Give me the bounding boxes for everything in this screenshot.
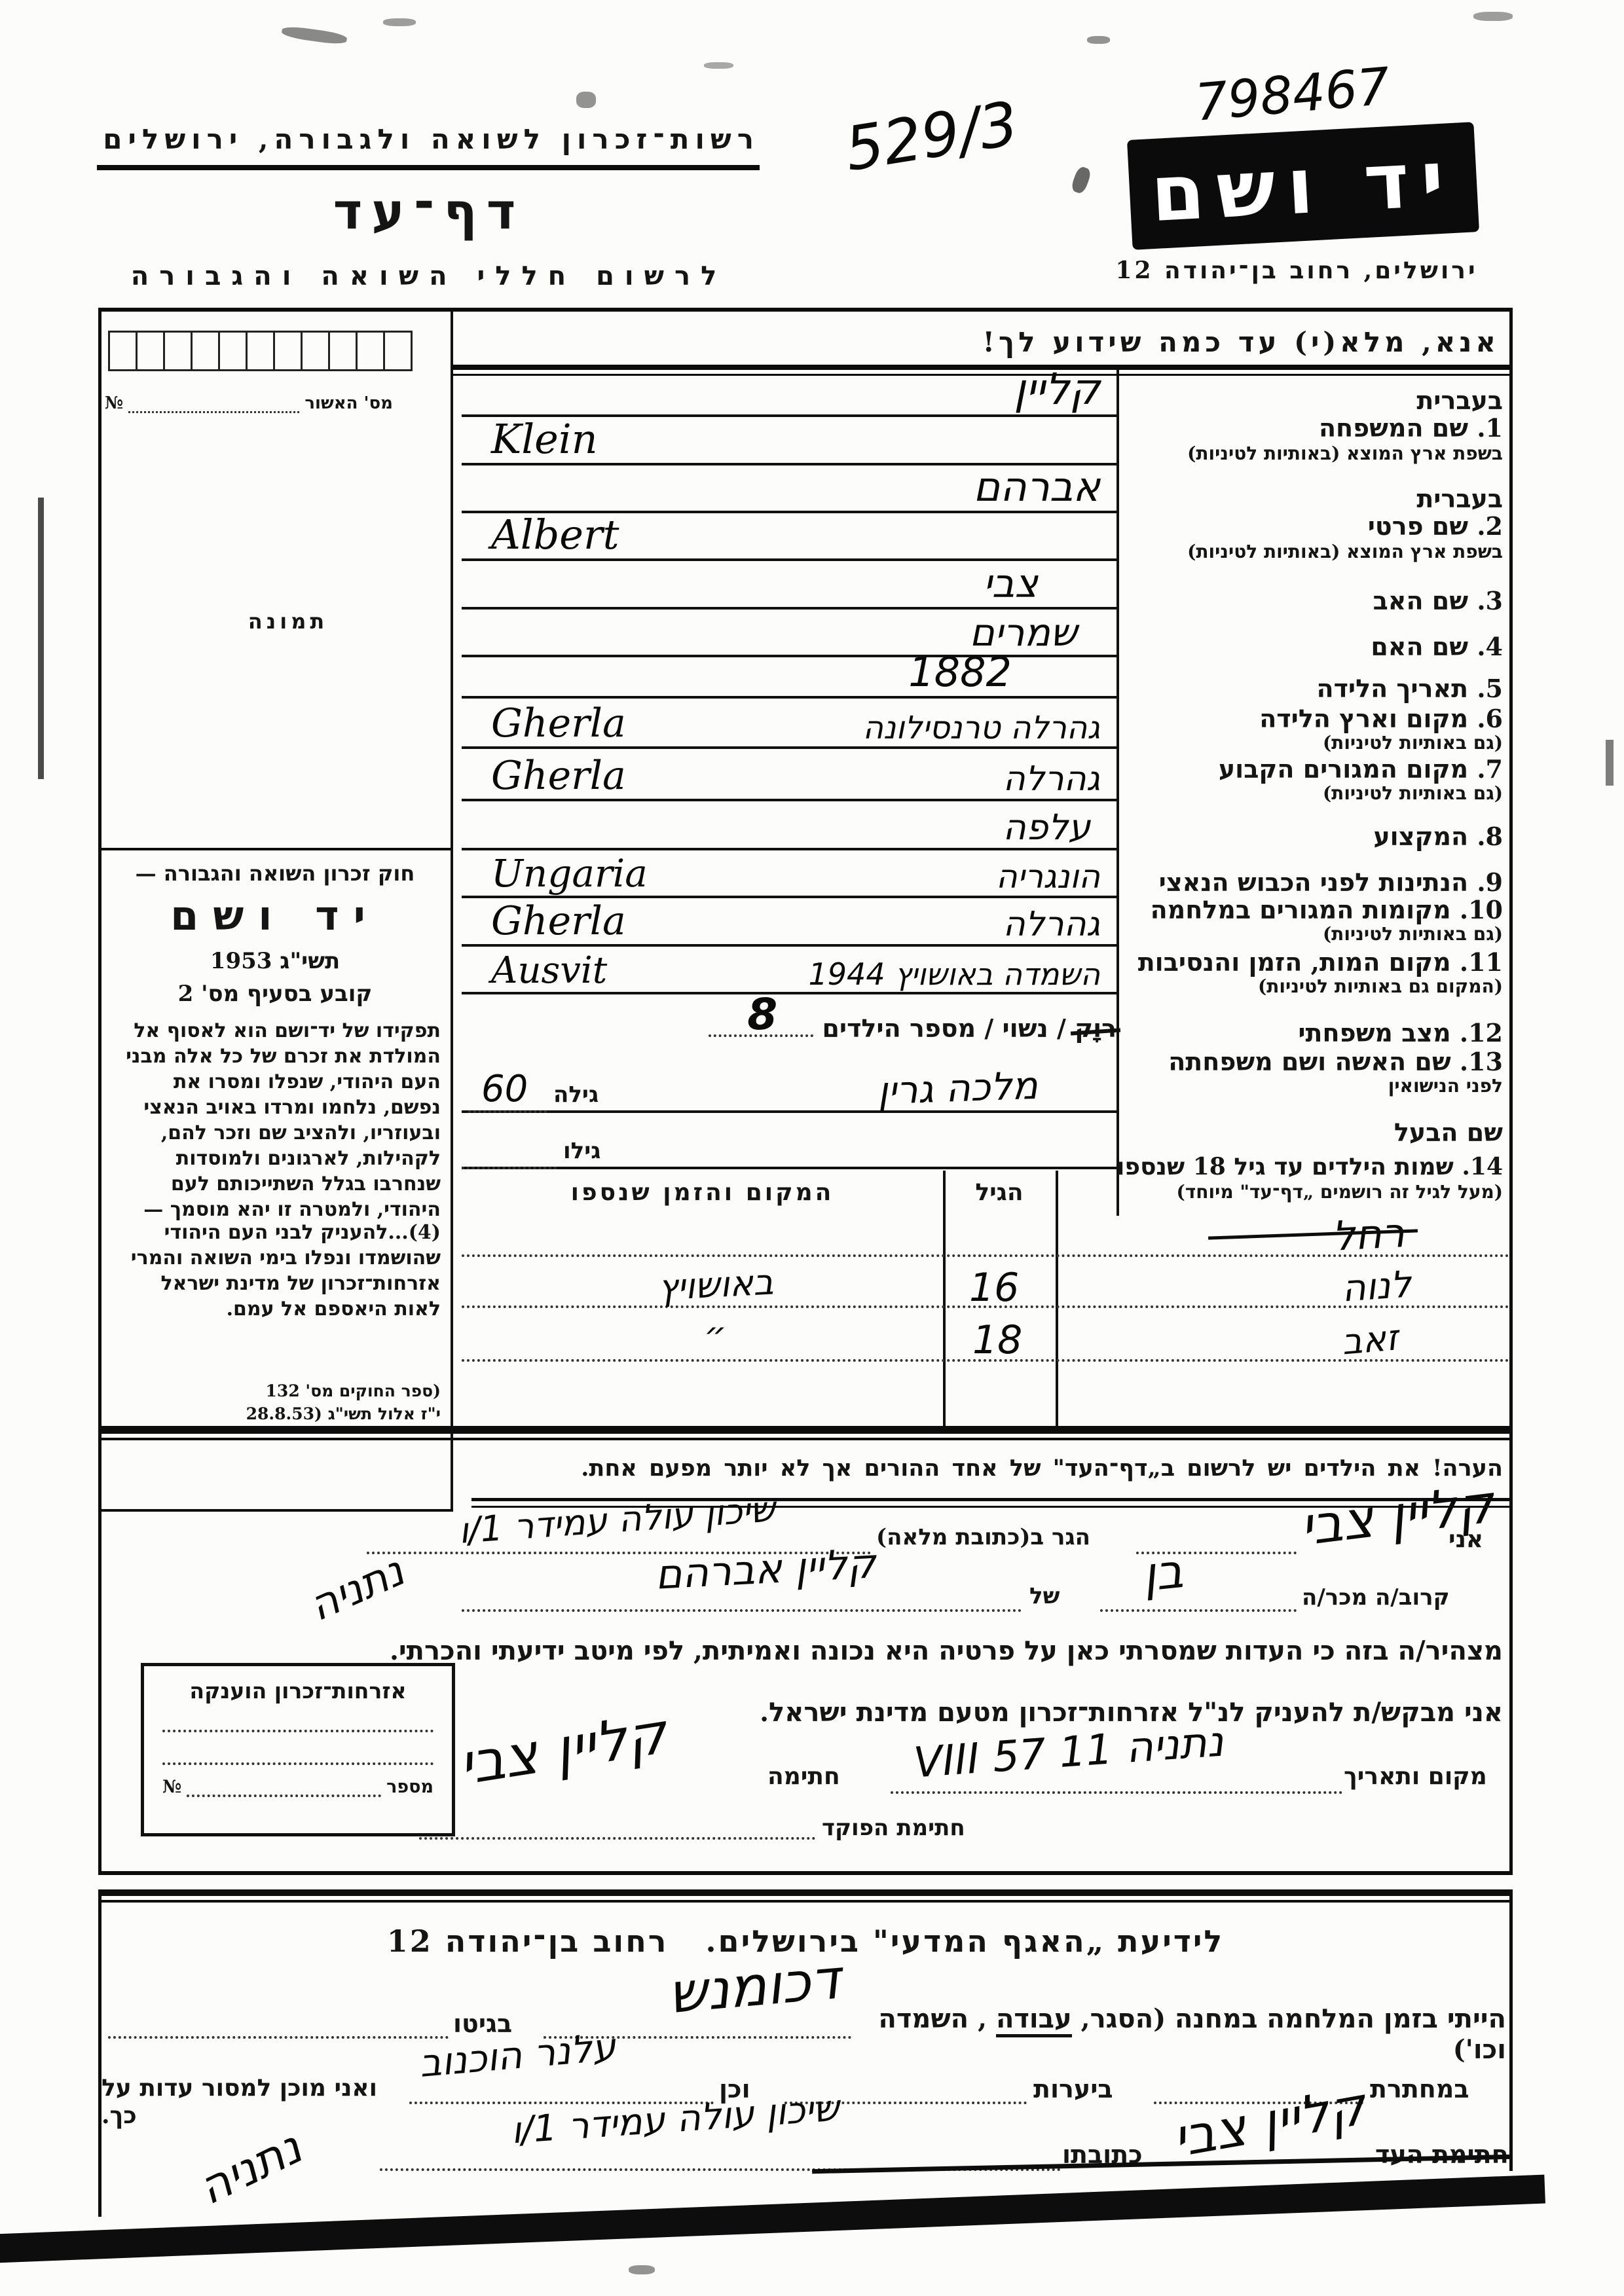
residence-hebrew: גהרלה — [1003, 759, 1116, 799]
answer-line-death: Ausvit השמדה באושויץ 1944 — [462, 942, 1116, 994]
field-10-label: 10. מקומות המגורים במלחמה — [1110, 897, 1503, 923]
yad-vashem-stamp: יד ושם — [1127, 122, 1479, 250]
field-2-pre: בעברית — [1110, 486, 1503, 512]
law-footnote-2: י"ז אלול תשי"ג (28.8.53 — [110, 1404, 441, 1423]
relation-value: בן — [1140, 1543, 1186, 1602]
husband-age-dots — [462, 1127, 557, 1169]
scan-artifact-line — [38, 498, 44, 779]
child-3-age: 18 — [972, 1317, 1022, 1363]
firstname-latin: Albert — [462, 511, 619, 558]
answer-line-father: צבי — [462, 557, 1116, 610]
approval-number-row: מס' האשור № — [105, 393, 393, 413]
birthplace-latin: Gherla — [462, 701, 626, 746]
witness-sig-label: חתימת העד — [1375, 2140, 1509, 2169]
approval-number-boxes — [108, 331, 413, 371]
citizenship-number-label: מספר — [386, 1777, 434, 1797]
approval-label: מס' האשור — [304, 393, 393, 413]
child-2-place: באושויץ — [657, 1261, 774, 1308]
field-13-label: 13. שם האשה ושם משפחתה — [1110, 1049, 1503, 1075]
wartime-residence-latin: Gherla — [462, 898, 626, 944]
wife-age: 60 — [481, 1068, 528, 1110]
office-address: ירושלים, רחוב בן־יהודה 12 — [1113, 257, 1480, 284]
bottombox-right-border — [1509, 1889, 1513, 2171]
citizenship-dots-1 — [162, 1728, 434, 1732]
citizenship-box: אזרחות־זכרון הוענקה מספר № — [141, 1663, 455, 1836]
death-place-latin: Ausvit — [462, 949, 607, 992]
law-body-1: תפקידו של יד־ושם הוא לאסוף אל המולדת את … — [110, 1018, 441, 1222]
truth-declaration: מצהיר/ה בזה כי העדות שמסרתי כאן על פרטיה… — [115, 1635, 1503, 1666]
scan-speck — [281, 25, 348, 46]
official-signature-label: חתימת הפוקד — [822, 1815, 965, 1841]
answer-line-profession: עלפה — [462, 798, 1116, 850]
field-7-sublabel: (גם באותיות לטיניות) — [1097, 782, 1503, 804]
citizenship-hebrew: הונגריה — [996, 858, 1116, 896]
law-year: תשי"ג 1953 — [108, 948, 442, 974]
child-3-place: ״ — [704, 1314, 727, 1355]
options-rest: / נשוי / מספר הילדים — [822, 1013, 1065, 1043]
scan-speck — [1087, 36, 1110, 44]
answer-line-firstname-he: אברהם — [462, 461, 1116, 513]
field-8-label: 8. המקצוע — [1110, 824, 1503, 850]
birth-date: 1882 — [908, 648, 1116, 696]
scan-speck — [576, 92, 596, 108]
form-title: דף־עד — [98, 182, 760, 240]
scan-speck — [704, 62, 733, 69]
wife-name: מלכה גרין — [877, 1063, 1039, 1114]
signature-label: חתימה — [767, 1762, 840, 1790]
table-header-place: המקום והזמן שנספו — [462, 1178, 943, 1206]
law-title: חוק זכרון השואה והגבורה — — [108, 861, 442, 886]
field-1-pre: בעברית — [1110, 388, 1503, 414]
answer-line-surname-he: קליין — [462, 365, 1116, 417]
field-2-label: 2. שם פרטי — [1110, 513, 1503, 539]
ready-to-testify: ואני מוכן למסור עדות על כך. — [101, 2074, 403, 2129]
scan-speck — [383, 18, 416, 26]
field-6-label: 6. מקום וארץ הלידה — [1110, 706, 1503, 732]
husband-age-label: גילו — [563, 1138, 600, 1164]
field-6-sublabel: (גם באותיות לטיניות) — [1097, 732, 1503, 754]
place-date-label: מקום ותאריך — [1344, 1762, 1487, 1790]
law-clause: קובע בסעיף מס' 2 — [108, 981, 442, 1007]
answer-line-citizenship: Ungaria הונגריה — [462, 846, 1116, 898]
scan-speck — [1070, 165, 1092, 194]
field-12-label: 12. מצב משפחתי — [1110, 1020, 1503, 1046]
page-of-testimony-scan: רשות־זכרון לשואה ולגבורה, ירושלים דף־עד … — [0, 0, 1624, 2296]
answer-line-residence: Gherla גהרלה — [462, 749, 1116, 801]
witness-addr-city: נתניה — [190, 2120, 310, 2215]
field-5-label: 5. תאריך הלידה — [1110, 676, 1503, 702]
answer-line-firstname-lat: Albert — [462, 509, 1116, 561]
camp-label-work-underlined: עבודה — [996, 2003, 1072, 2037]
approval-no-symbol: № — [105, 393, 123, 413]
camp-label-part1: הייתי בזמן המלחמה במחנה (הסגר, — [1081, 2003, 1506, 2034]
mainbox-top-border — [98, 308, 1513, 312]
table-bottom-rule-thick — [100, 1426, 1511, 1434]
bottom-title-address: רחוב בן־יהודה 12 — [387, 1923, 669, 1959]
photo-label: תמונה — [236, 609, 341, 634]
surname-latin: Klein — [462, 415, 598, 463]
field-10-sublabel: (גם באותיות לטיניות) — [1097, 923, 1503, 945]
authority-line: רשות־זכרון לשואה ולגבורה, ירושלים — [98, 123, 760, 155]
child-row-3: זאב 18 ״ — [462, 1309, 1509, 1362]
field-14-sublabel: (מעל לגיל זה רושמים „דף־עד" מיוחד) — [1097, 1181, 1503, 1203]
field-1-sublabel: בשפת ארץ המוצא (באותיות לטיניות) — [1097, 443, 1503, 464]
field-13-sublabel: לפני הנישואין — [1097, 1075, 1503, 1097]
law-body-2: (4)...להעניק לבני העם היהודי שהושמדו ונפ… — [110, 1220, 441, 1322]
bottombox-left-border — [98, 1889, 101, 2217]
profession: עלפה — [1003, 807, 1117, 848]
field-11-label: 11. מקום המות, הזמן והנסיבות — [1110, 949, 1503, 975]
bottombox-top-thin — [98, 1900, 1513, 1903]
law-footnote-1: (ספר החוקים מס' 132 — [110, 1381, 441, 1400]
stamp-text: יד ושם — [1149, 133, 1458, 239]
death-place-hebrew: השמדה באושויץ 1944 — [809, 957, 1116, 992]
husband-label: שם הבעל — [1110, 1120, 1503, 1146]
firstname-hebrew: אברהם — [973, 463, 1116, 511]
father-name: צבי — [983, 561, 1116, 607]
scan-speck — [629, 2265, 655, 2274]
field-1-label: 1. שם המשפחה — [1110, 415, 1503, 441]
form-subtitle: לרשום חללי השואה והגבורה — [98, 261, 760, 291]
citizenship-dots-2 — [162, 1761, 434, 1765]
field-7-label: 7. מקום המגורים הקבוע — [1110, 756, 1503, 782]
scan-speck — [1473, 12, 1513, 21]
family-status-row: רוָק / נשוי / מספר הילדים 8 — [462, 1013, 1116, 1043]
citizenship-no-symbol: № — [162, 1777, 181, 1797]
wife-age-label: גילה — [553, 1082, 599, 1108]
witness-address-city: נתניה — [302, 1547, 411, 1631]
mainbox-left-border — [98, 308, 101, 1875]
field-4-label: 4. שם האם — [1110, 634, 1503, 660]
leftcol-cap — [98, 1509, 453, 1512]
surname-hebrew: קליין — [1014, 364, 1116, 414]
residence-latin: Gherla — [462, 753, 626, 799]
header-rule — [97, 165, 760, 170]
law-divider — [98, 848, 451, 850]
underground-label: במחתרת — [1370, 2074, 1469, 2104]
answer-line-birthdate: 1882 — [462, 646, 1116, 699]
leftcol-divider — [451, 312, 453, 1510]
mainbox-bottom-border — [98, 1871, 1513, 1875]
forests-label: ביערות — [1033, 2074, 1113, 2104]
option-single: רוָק — [1075, 1013, 1116, 1043]
table-header-age: הגיל — [943, 1178, 1056, 1206]
handwritten-case-number: 529/3 — [840, 88, 1023, 185]
of-label: של — [1029, 1583, 1060, 1609]
relation-label: קרוב/ה מכר/ה — [1302, 1584, 1450, 1611]
mainbox-right-border — [1509, 308, 1513, 1875]
official-signature-dots — [419, 1815, 815, 1840]
scan-speck — [1606, 740, 1614, 786]
field-11-sublabel: (המקום גם באותיות לטיניות) — [1097, 975, 1503, 997]
answer-line-wife: מלכה גרין גילה 60 — [462, 1062, 1116, 1113]
field-2-sublabel: בשפת ארץ המוצא (באותיות לטיניות) — [1097, 541, 1503, 562]
child-2-age: 16 — [969, 1265, 1019, 1311]
note-line: הערה! את הילדים יש לרשום ב„דף־העד" של אח… — [442, 1455, 1503, 1482]
relation-dots — [1100, 1584, 1297, 1612]
wartime-camp-label: הייתי בזמן המלחמה במחנה (הסגר, עבודה , ה… — [858, 2003, 1506, 2065]
field-14-label: 14. שמות הילדים עד גיל 18 שנספו — [1110, 1154, 1503, 1180]
decl-resid-label: הגר ב(כתובת מלאה) — [876, 1524, 1090, 1550]
answer-line-wartime-residence: Gherla גהרלה — [462, 894, 1116, 947]
handwritten-file-number: 798467 — [1193, 57, 1392, 133]
citizenship-number-row: מספר № — [162, 1777, 434, 1797]
approval-dots — [128, 393, 299, 413]
child-2-name: לנוה — [1340, 1263, 1412, 1310]
bottombox-top-thick — [98, 1889, 1513, 1896]
citizenship-latin: Ungaria — [462, 851, 648, 896]
ghetto-dots — [108, 2010, 449, 2039]
citizenship-box-title: אזרחות־זכרון הוענקה — [144, 1678, 452, 1704]
birthplace-hebrew: גהרלה טרנסילונה — [863, 710, 1116, 746]
citizenship-number-dots — [187, 1777, 381, 1797]
answer-line-husband: גילו — [462, 1121, 1116, 1169]
law-name: יד ושם — [108, 892, 442, 939]
child-3-name: זאב — [1340, 1317, 1399, 1362]
answer-line-surname-lat: Klein — [462, 413, 1116, 465]
field-9-label: 9. הנתינות לפני הכבוש הנאצי — [1110, 869, 1503, 896]
answer-line-birthplace: Gherla גהרלה טרנסילונה — [462, 697, 1116, 749]
children-count: 8 — [747, 989, 777, 1040]
fill-instruction: אנא, מלא(י) עד כמה שידוע לך! — [910, 326, 1500, 358]
child-row-2: לנוה 16 באושויץ — [462, 1257, 1509, 1308]
child-row-1: רחל — [462, 1206, 1509, 1257]
table-bottom-rule-thin — [100, 1438, 1511, 1440]
wartime-residence-hebrew: גהרלה — [1003, 905, 1116, 944]
field-3-label: 3. שם האב — [1110, 588, 1503, 614]
